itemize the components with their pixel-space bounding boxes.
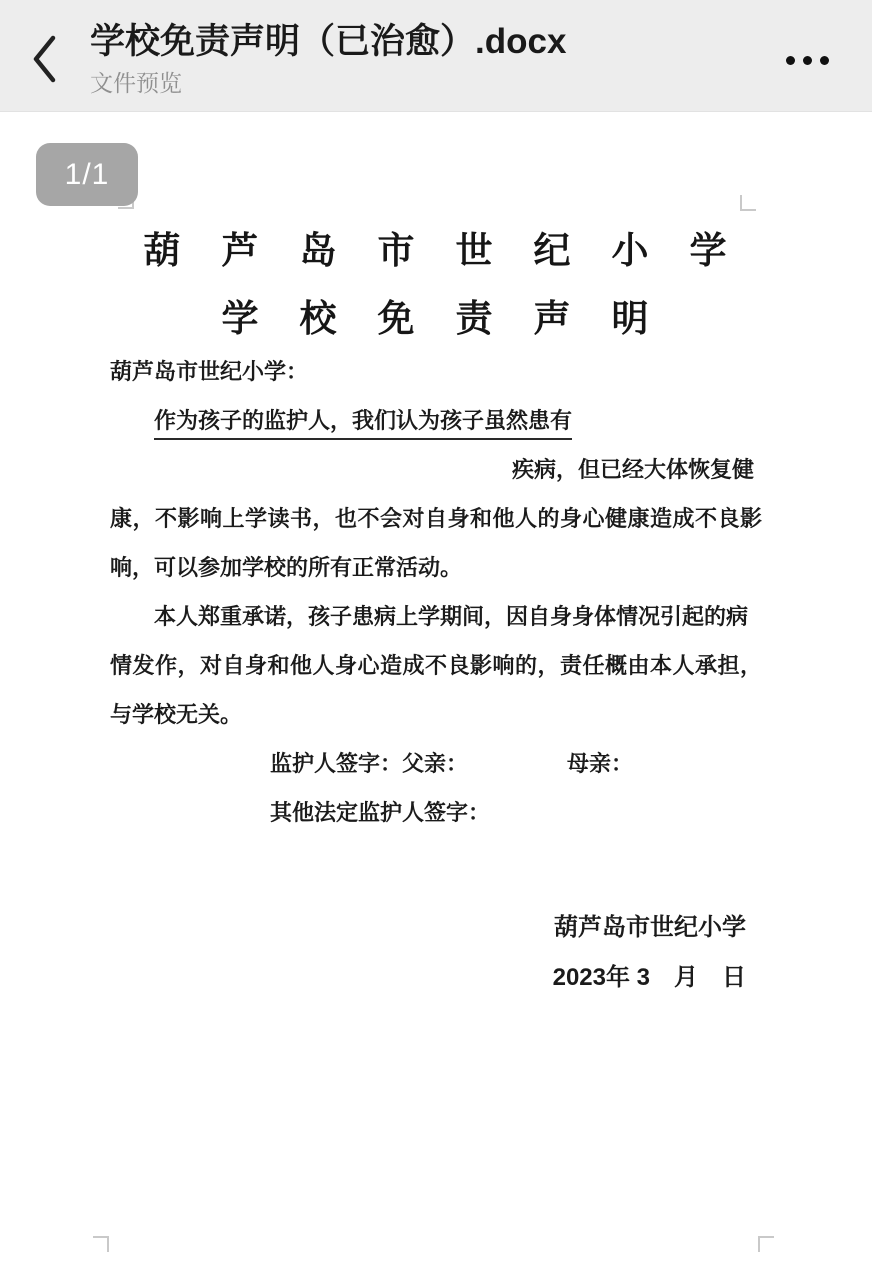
- file-preview-screen: 学校免责声明（已治愈）.docx 文件预览 1/1 葫 芦 岛 市 世 纪 小 …: [0, 0, 872, 1280]
- margin-mark-bottom-right: [758, 1236, 774, 1252]
- underlined-clause: 作为孩子的监护人，我们认为孩子虽然患有: [154, 408, 572, 440]
- margin-mark-bottom-left: [93, 1236, 109, 1252]
- header-bar: 学校免责声明（已治愈）.docx 文件预览: [0, 0, 872, 112]
- body-line-2: 响，可以参加学校的所有正常活动。: [110, 543, 762, 592]
- promise-line-2: 情发作，对自身和他人身心造成不良影响的，责任概由本人承担，: [110, 641, 762, 690]
- document-title-line2: 学 校 免 责 声 明: [110, 288, 762, 342]
- document-title-line1: 葫 芦 岛 市 世 纪 小 学: [110, 220, 762, 274]
- org-name: 葫芦岛市世纪小学: [110, 903, 746, 953]
- ellipsis-icon: [820, 56, 829, 65]
- document-body: 葫芦岛市世纪小学： 作为孩子的监护人，我们认为孩子虽然患有 疾病，但已经大体恢复…: [110, 347, 762, 837]
- body-line-1: 康，不影响上学读书，也不会对自身和他人的身心健康造成不良影: [110, 494, 762, 543]
- promise-line-3: 与学校无关。: [110, 690, 762, 739]
- ellipsis-icon: [803, 56, 812, 65]
- ellipsis-icon: [786, 56, 795, 65]
- preview-label: 文件预览: [90, 69, 566, 97]
- back-button[interactable]: [20, 30, 68, 88]
- document-preview[interactable]: 1/1 葫 芦 岛 市 世 纪 小 学 学 校 免 责 声 明 葫芦岛市世纪小学…: [0, 113, 872, 1280]
- chevron-left-icon: [29, 33, 59, 85]
- margin-mark-top-right: [740, 195, 756, 211]
- promise-line-1: 本人郑重承诺，孩子患病上学期间，因自身身体情况引起的病: [110, 592, 762, 641]
- org-signature-block: 葫芦岛市世纪小学 2023年 3 月 日: [110, 903, 762, 1003]
- salutation-line: 葫芦岛市世纪小学：: [110, 347, 762, 396]
- page-number-badge: 1/1: [36, 143, 138, 206]
- header-title-group: 学校免责声明（已治愈）.docx 文件预览: [90, 20, 566, 97]
- file-name: 学校免责声明（已治愈）.docx: [90, 20, 566, 64]
- more-button[interactable]: [776, 40, 838, 80]
- org-date: 2023年 3 月 日: [110, 953, 746, 1003]
- underlined-clause-line: 作为孩子的监护人，我们认为孩子虽然患有: [110, 396, 762, 445]
- other-guardian-signature-line: 其他法定监护人签字：: [110, 788, 762, 837]
- disease-line: 疾病，但已经大体恢复健: [110, 445, 762, 494]
- guardian-signature-line: 监护人签字：父亲： 母亲：: [110, 739, 762, 788]
